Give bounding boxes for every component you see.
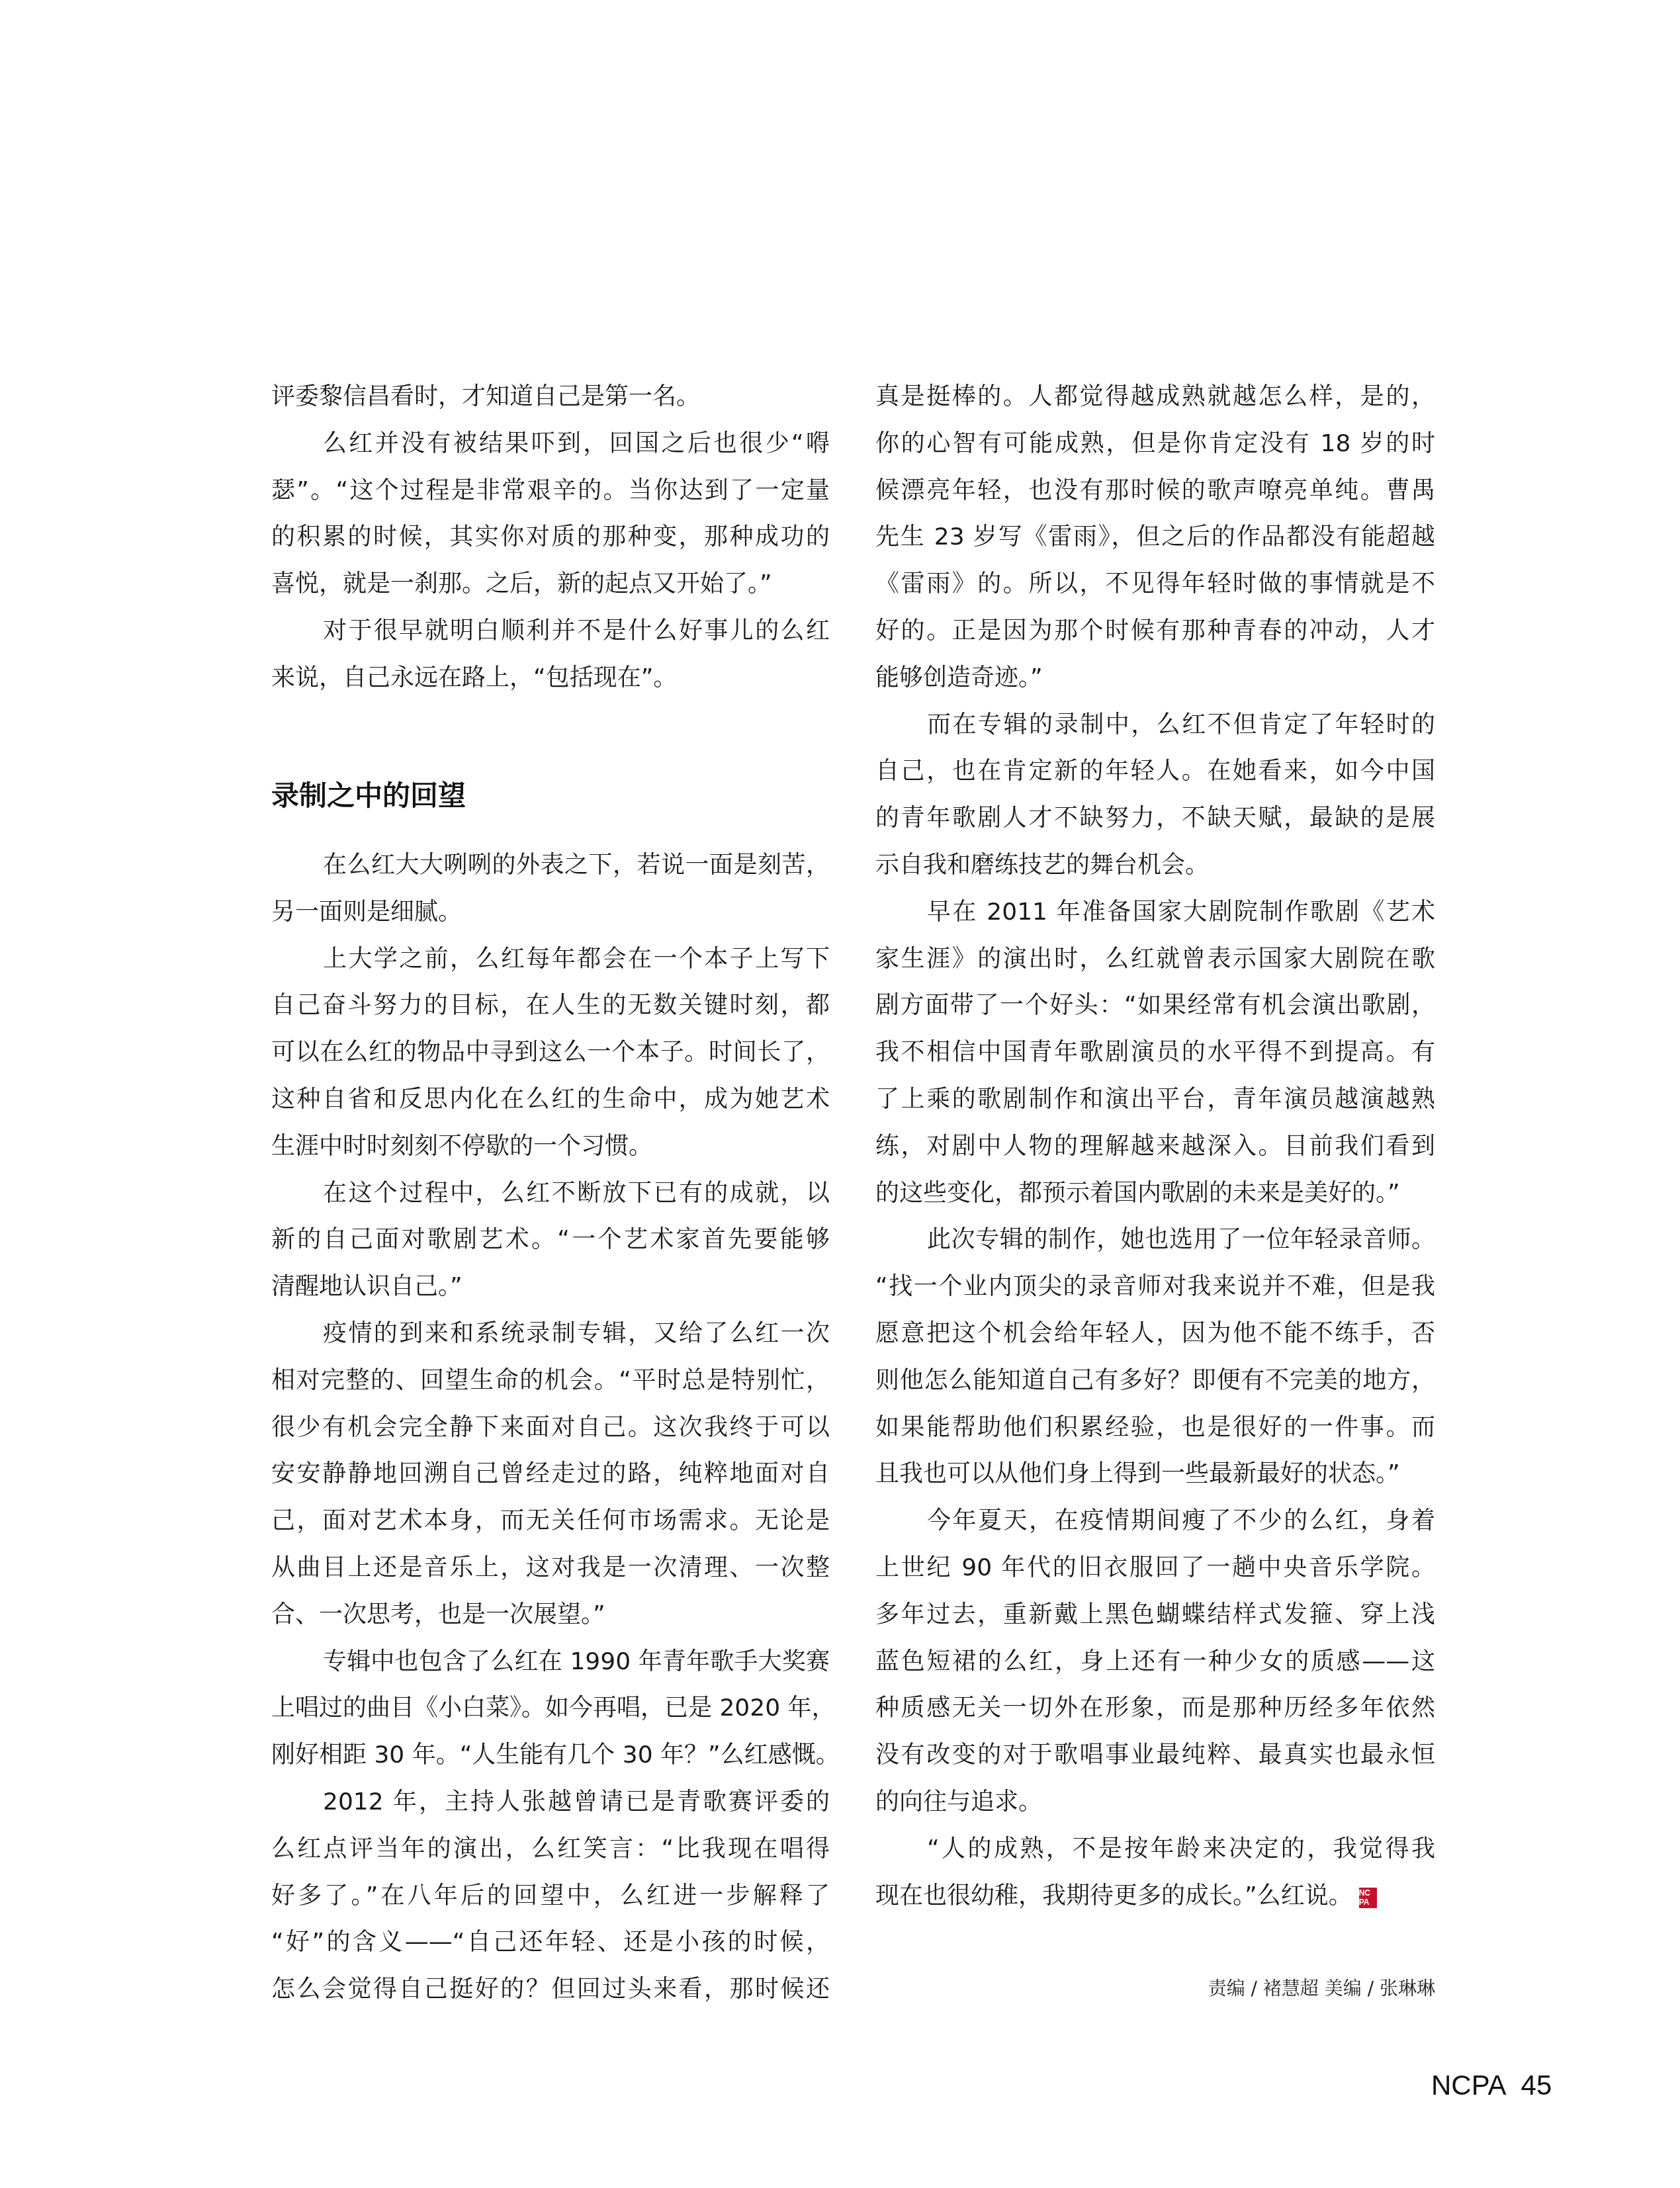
publication-name: NCPA xyxy=(1431,2070,1507,2101)
text-line: 多年过去，重新戴上黑色蝴蝶结样式发箍、穿上浅 xyxy=(875,1598,1435,1645)
text-line: 喜悦，就是一刹那。之后，新的起点又开始了。” xyxy=(271,567,830,614)
text-line: 好的。正是因为那个时候有那种青春的冲动，人才 xyxy=(875,614,1435,661)
text-line: 现在也很幼稚，我期待更多的成长。”么红说。NCPA xyxy=(875,1879,1435,1926)
text-line: 么红点评当年的演出，么红笑言：“比我现在唱得 xyxy=(271,1832,830,1879)
text-line: 种质感无关一切外在形象，而是那种历经多年依然 xyxy=(875,1691,1435,1738)
text-line: 《雷雨》的。所以，不见得年轻时做的事情就是不 xyxy=(875,567,1435,614)
text-line: 安安静静地回溯自己曾经走过的路，纯粹地面对自 xyxy=(271,1457,830,1504)
text-line: 先生 23 岁写《雷雨》，但之后的作品都没有能超越 xyxy=(875,520,1435,567)
text-line: 刚好相距 30 年。“人生能有几个 30 年？”么红感慨。 xyxy=(271,1738,830,1785)
text-line: 在么红大大咧咧的外表之下，若说一面是刻苦， xyxy=(271,848,830,895)
text-line: 评委黎信昌看时，才知道自己是第一名。 xyxy=(271,380,830,427)
right-column-body: 真是挺棒的。人都觉得越成熟就越怎么样，是的，你的心智有可能成熟，但是你肯定没有 … xyxy=(875,380,1435,1925)
text-line: 自己，也在肯定新的年轻人。在她看来，如今中国 xyxy=(875,754,1435,801)
text-line: 对于很早就明白顺利并不是什么好事儿的么红 xyxy=(271,614,830,661)
text-line: 从曲目上还是音乐上，这对我是一次清理、一次整 xyxy=(271,1551,830,1598)
text-line: 如果能帮助他们积累经验，也是很好的一件事。而 xyxy=(875,1411,1435,1458)
text-line: 合、一次思考，也是一次展望。” xyxy=(271,1598,830,1645)
text-line: 蓝色短裙的么红，身上还有一种少女的质感——这 xyxy=(875,1645,1435,1692)
text-line: 没有改变的对于歌唱事业最纯粹、最真实也最永恒 xyxy=(875,1738,1435,1785)
text-line: 2012 年，主持人张越曾请已是青歌赛评委的 xyxy=(271,1785,830,1832)
text-line: 真是挺棒的。人都觉得越成熟就越怎么样，是的， xyxy=(875,380,1435,427)
section-heading: 录制之中的回望 xyxy=(271,777,466,814)
left-column-body: 在么红大大咧咧的外表之下，若说一面是刻苦，另一面则是细腻。上大学之前，么红每年都… xyxy=(271,848,830,2019)
text-line: 新的自己面对歌剧艺术。“一个艺术家首先要能够 xyxy=(271,1223,830,1270)
page-number: 45 xyxy=(1521,2070,1552,2101)
text-line: 好多了。”在八年后的回望中，么红进一步解释了 xyxy=(271,1879,830,1926)
text-line: 来说，自己永远在路上，“包括现在”。 xyxy=(271,661,830,708)
text-line: 了上乘的歌剧制作和演出平台，青年演员越演越熟 xyxy=(875,1082,1435,1129)
text-line: 且我也可以从他们身上得到一些最新最好的状态。” xyxy=(875,1457,1435,1504)
text-line: 相对完整的、回望生命的机会。“平时总是特别忙， xyxy=(271,1364,830,1411)
text-line: 的青年歌剧人才不缺努力，不缺天赋，最缺的是展 xyxy=(875,801,1435,848)
text-line: 己，面对艺术本身，而无关任何市场需求。无论是 xyxy=(271,1504,830,1551)
text-line: 此次专辑的制作，她也选用了一位年轻录音师。 xyxy=(875,1223,1435,1270)
text-line: 练，对剧中人物的理解越来越深入。目前我们看到 xyxy=(875,1129,1435,1176)
text-line: 家生涯》的演出时，么红就曾表示国家大剧院在歌 xyxy=(875,942,1435,989)
text-line: 的向往与追求。 xyxy=(875,1785,1435,1832)
text-line: 愿意把这个机会给年轻人，因为他不能不练手，否 xyxy=(875,1317,1435,1364)
magazine-page: 评委黎信昌看时，才知道自己是第一名。么红并没有被结果吓到，回国之后也很少“嘚瑟”… xyxy=(0,0,1680,2188)
text-line: 我不相信中国青年歌剧演员的水平得不到提高。有 xyxy=(875,1035,1435,1082)
text-line: 则他怎么能知道自己有多好？即便有不完美的地方， xyxy=(875,1364,1435,1411)
text-line: 剧方面带了一个好头：“如果经常有机会演出歌剧， xyxy=(875,988,1435,1035)
editor-credits: 责编 / 褚慧超 美编 / 张琳琳 xyxy=(1208,1976,1435,2002)
text-line: 今年夏天，在疫情期间瘦了不少的么红，身着 xyxy=(875,1504,1435,1551)
text-line: 上世纪 90 年代的旧衣服回了一趟中央音乐学院。 xyxy=(875,1551,1435,1598)
text-line: 在这个过程中，么红不断放下已有的成就，以 xyxy=(271,1176,830,1223)
text-line: 自己奋斗努力的目标，在人生的无数关键时刻，都 xyxy=(271,988,830,1035)
text-line: 而在专辑的录制中，么红不但肯定了年轻时的 xyxy=(875,708,1435,755)
text-line: 专辑中也包含了么红在 1990 年青年歌手大奖赛 xyxy=(271,1645,830,1692)
text-line: “好”的含义——“自己还年轻、还是小孩的时候， xyxy=(271,1925,830,1972)
text-line: 的积累的时候，其实你对质的那种变，那种成功的 xyxy=(271,520,830,567)
text-line: 瑟”。“这个过程是非常艰辛的。当你达到了一定量 xyxy=(271,474,830,521)
text-line: 疫情的到来和系统录制专辑，又给了么红一次 xyxy=(271,1317,830,1364)
text-line: 候漂亮年轻，也没有那时候的歌声嘹亮单纯。曹禺 xyxy=(875,474,1435,521)
text-line: 清醒地认识自己。” xyxy=(271,1270,830,1317)
text-line: 很少有机会完全静下来面对自己。这次我终于可以 xyxy=(271,1411,830,1458)
text-line: 示自我和磨练技艺的舞台机会。 xyxy=(875,848,1435,895)
text-line: 你的心智有可能成熟，但是你肯定没有 18 岁的时 xyxy=(875,427,1435,474)
text-line: “找一个业内顶尖的录音师对我来说并不难，但是我 xyxy=(875,1270,1435,1317)
text-line: 这种自省和反思内化在么红的生命中，成为她艺术 xyxy=(271,1082,830,1129)
left-column-top: 评委黎信昌看时，才知道自己是第一名。么红并没有被结果吓到，回国之后也很少“嘚瑟”… xyxy=(271,380,830,708)
end-mark-bottom: PA xyxy=(1359,1898,1377,1907)
page-folio: NCPA45 xyxy=(1431,2070,1552,2101)
text-line: 的这些变化，都预示着国内歌剧的未来是美好的。” xyxy=(875,1176,1435,1223)
text-line: 上大学之前，么红每年都会在一个本子上写下 xyxy=(271,942,830,989)
text-line: 怎么会觉得自己挺好的？但回过头来看，那时候还 xyxy=(271,1972,830,2019)
text-line: “人的成熟，不是按年龄来决定的，我觉得我 xyxy=(875,1832,1435,1879)
text-line: 可以在么红的物品中寻到这么一个本子。时间长了， xyxy=(271,1035,830,1082)
ncpa-end-mark-icon: NCPA xyxy=(1359,1888,1377,1908)
text-line: 能够创造奇迹。” xyxy=(875,661,1435,708)
end-mark-top: NC xyxy=(1359,1888,1377,1898)
text-line: 么红并没有被结果吓到，回国之后也很少“嘚 xyxy=(271,427,830,474)
text-line: 上唱过的曲目《小白菜》。如今再唱，已是 2020 年， xyxy=(271,1691,830,1738)
text-line: 生涯中时时刻刻不停歇的一个习惯。 xyxy=(271,1129,830,1176)
text-line: 早在 2011 年准备国家大剧院制作歌剧《艺术 xyxy=(875,895,1435,942)
text-line: 另一面则是细腻。 xyxy=(271,895,830,942)
